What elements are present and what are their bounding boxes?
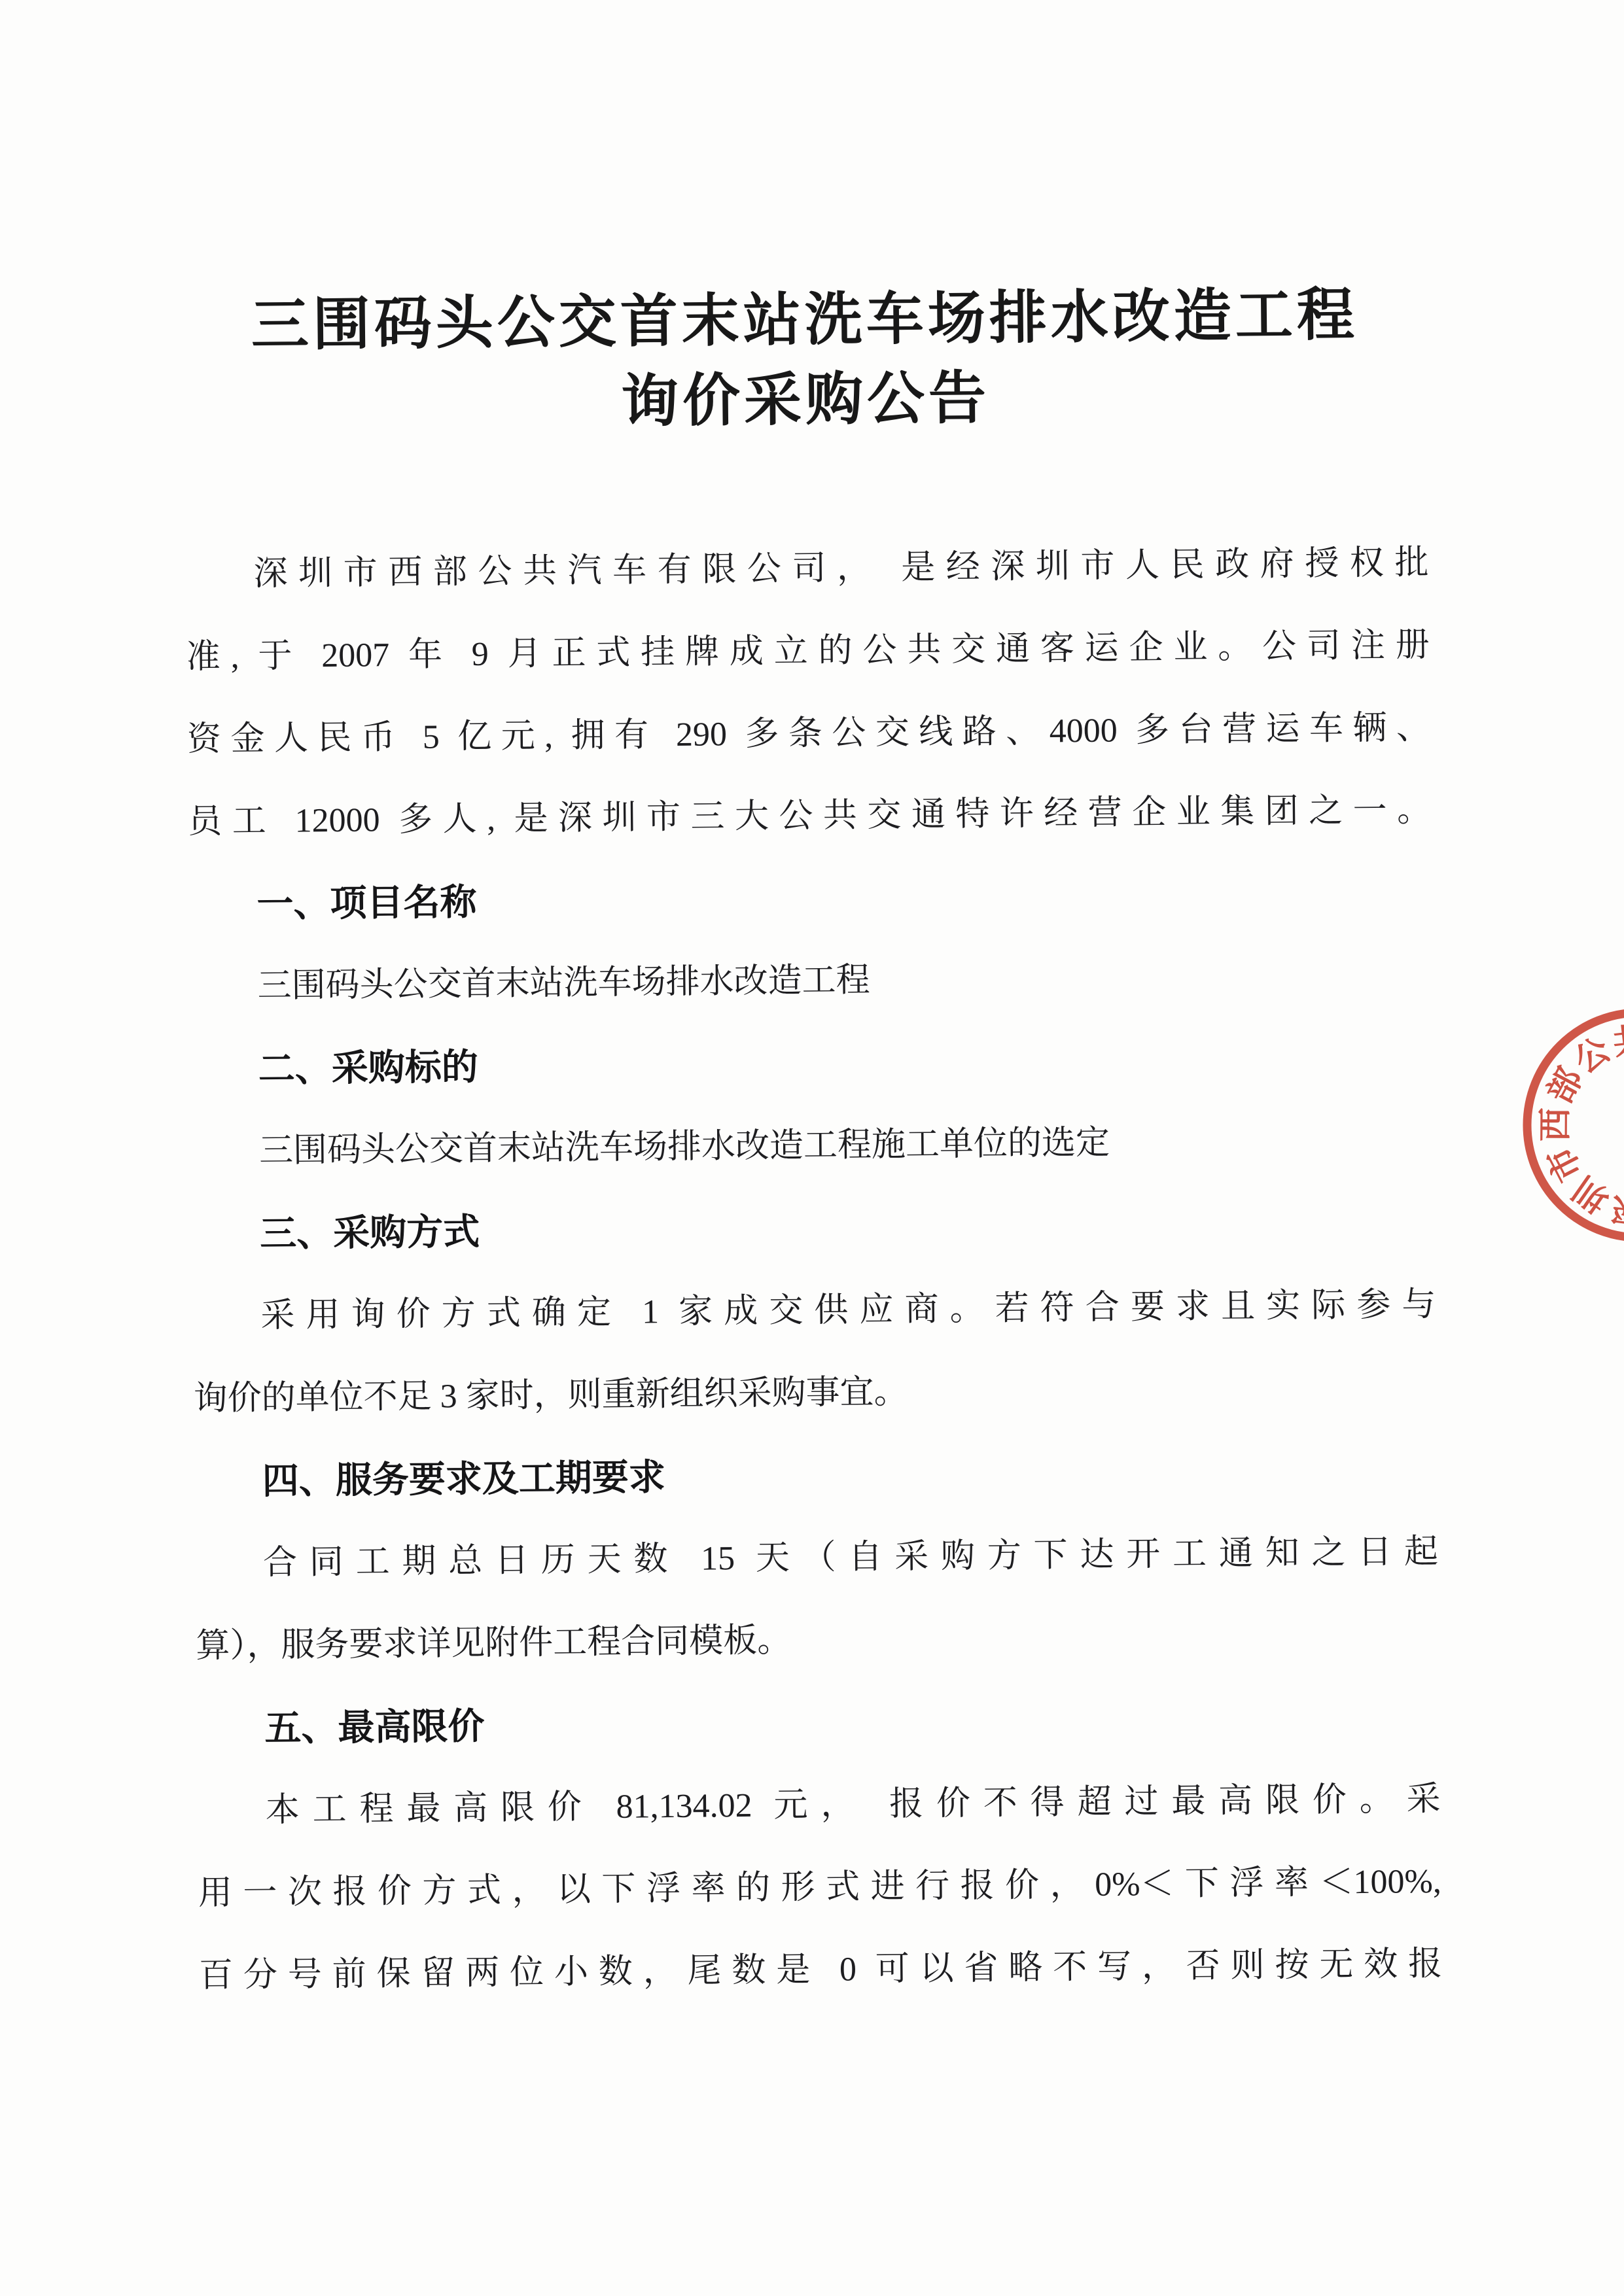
svg-text:深: 深 (1610, 1187, 1624, 1228)
section-body-line: 三围码头公交首末站洗车场排水改造工程 (189, 934, 1433, 1028)
svg-text:圳: 圳 (1567, 1169, 1616, 1219)
document-title: 三围码头公交首末站洗车场排水改造工程 询价采购公告 (183, 275, 1427, 447)
svg-text:共: 共 (1611, 1021, 1624, 1062)
section-heading: 一、项目名称 (188, 852, 1432, 946)
section-procurement-method: 三、采购方式 采用询价方式确定 1 家成交供应商。若符合要求且实际参与 询价的单… (192, 1181, 1438, 1440)
section-body-line: 算），服务要求详见附件工程合同模板。 (196, 1593, 1439, 1688)
section-body-line: 本工程最高限价 81,134.02 元， 报价不得超过最高限价。采 (197, 1758, 1441, 1852)
intro-line: 深圳市西部公共汽车有限公司， 是经深圳市人民政府授权批 (185, 522, 1429, 616)
section-body-line: 合同工期总日历天数 15 天（自采购方下达开工通知之日起 (194, 1511, 1438, 1605)
intro-line: 准, 于 2007 年 9 月正式挂牌成立的公共交通客运企业。公司注册 (186, 604, 1430, 699)
section-heading: 三、采购方式 (192, 1181, 1436, 1276)
section-procurement-target: 二、采购标的 三围码头公交首末站洗车场排水改造工程施工单位的选定 (190, 1017, 1434, 1193)
section-body-line: 采用询价方式确定 1 家成交供应商。若符合要求且实际参与 (192, 1264, 1436, 1358)
intro-line: 员工 12000 多人, 是深圳市三大公共交通特许经营企业集团之一。 (188, 769, 1432, 863)
section-service-requirements: 四、服务要求及工期要求 合同工期总日历天数 15 天（自采购方下达开工通知之日起… (194, 1429, 1439, 1688)
section-project-name: 一、项目名称 三围码头公交首末站洗车场排水改造工程 (188, 852, 1433, 1028)
intro-paragraph: 深圳市西部公共汽车有限公司， 是经深圳市人民政府授权批 准, 于 2007 年 … (185, 522, 1432, 863)
svg-text:市: 市 (1540, 1140, 1589, 1188)
section-body-line: 三围码头公交首末站洗车场排水改造工程施工单位的选定 (190, 1099, 1434, 1193)
svg-text:公: 公 (1568, 1031, 1617, 1081)
company-seal-stamp: 深圳市西部公共汽车有限公司 (1519, 1005, 1624, 1247)
seal-text-ring: 深圳市西部公共汽车有限公司 (1537, 1021, 1624, 1228)
svg-text:部: 部 (1541, 1062, 1591, 1109)
intro-line: 资金人民币 5 亿元, 拥有 290 多条公交线路、4000 多台营运车辆、 (186, 687, 1430, 781)
section-maximum-price: 五、最高限价 本工程最高限价 81,134.02 元， 报价不得超过最高限价。采… (196, 1676, 1443, 2017)
section-heading: 二、采购标的 (190, 1017, 1434, 1111)
document-title-line-2: 询价采购公告 (184, 355, 1428, 447)
document-content: 三围码头公交首末站洗车场排水改造工程 询价采购公告 深圳市西部公共汽车有限公司，… (183, 275, 1442, 2017)
section-heading: 五、最高限价 (196, 1676, 1440, 1770)
section-body-line: 询价的单位不足 3 家时，则重新组织采购事宜。 (193, 1346, 1437, 1440)
section-heading: 四、服务要求及工期要求 (194, 1429, 1438, 1523)
section-body-line: 用一次报价方式，以下浮率的形式进行报价，0%＜下浮率＜100%, (198, 1841, 1441, 1935)
company-seal-svg: 深圳市西部公共汽车有限公司 (1519, 1005, 1624, 1247)
seal-outer-ring (1527, 1013, 1624, 1238)
document-title-line-1: 三围码头公交首末站洗车场排水改造工程 (183, 275, 1426, 367)
document-page: 三围码头公交首末站洗车场排水改造工程 询价采购公告 深圳市西部公共汽车有限公司，… (0, 0, 1624, 2296)
svg-text:西: 西 (1537, 1107, 1574, 1141)
section-body-line: 百分号前保留两位小数，尾数是 0 可以省略不写，否则按无效报 (199, 1923, 1443, 2017)
